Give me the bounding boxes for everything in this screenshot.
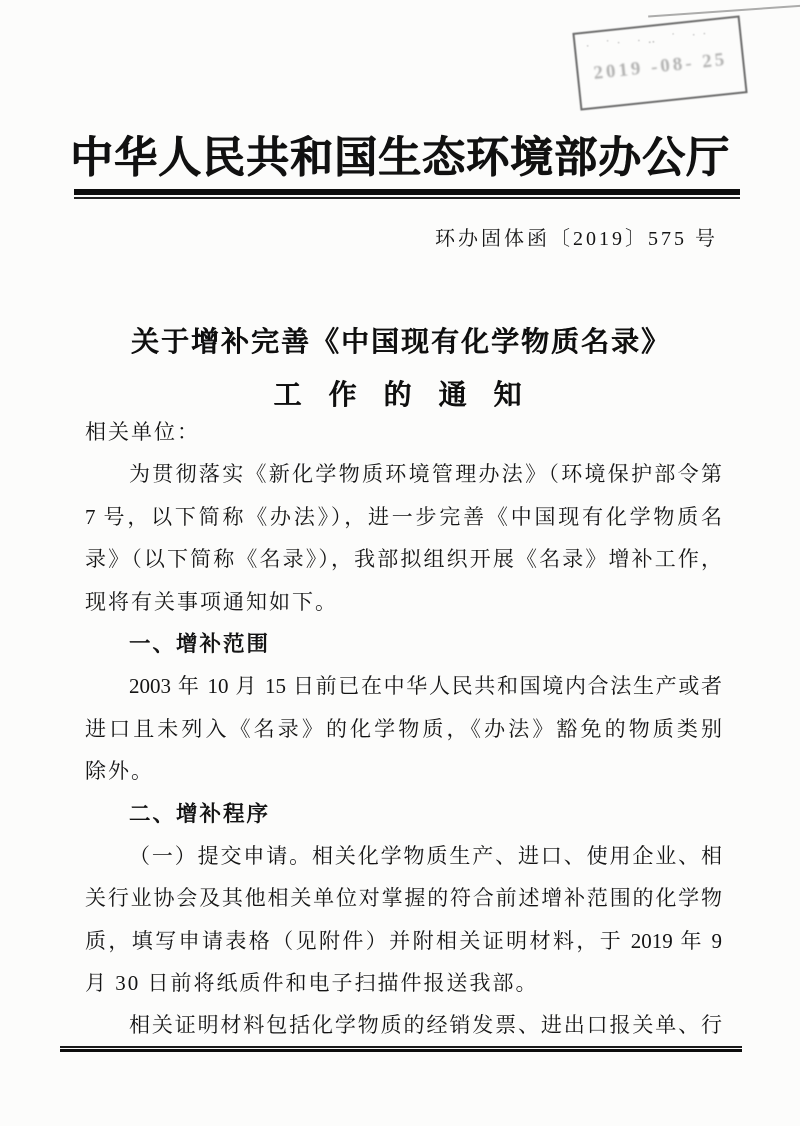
footer-rule-thin bbox=[60, 1046, 742, 1048]
notice-title: 关于增补完善《中国现有化学物质名录》 工 作 的 通 知 bbox=[60, 320, 742, 413]
scan-artifact-line bbox=[648, 4, 800, 17]
paragraph-line: 现将有关事项通知如下。 bbox=[85, 581, 722, 623]
paragraph-line: 月 30 日前将纸质件和电子扫描件报送我部。 bbox=[85, 962, 722, 1004]
paragraph-line: 进口且未列入《名录》的化学物质，《办法》豁免的物质类别 bbox=[85, 708, 722, 750]
notice-title-line2: 工 作 的 通 知 bbox=[60, 373, 742, 413]
date-received-stamp: · ˙· ·‥ ˙ ·· 2019 -08- 25 bbox=[572, 15, 747, 110]
footer-rule bbox=[60, 1046, 742, 1052]
header-rule bbox=[74, 189, 740, 195]
paragraph-line: 录》（以下简称《名录》），我部拟组织开展《名录》增补工作， bbox=[85, 538, 722, 580]
paragraph-line: 2003 年 10 月 15 日前已在中华人民共和国境内合法生产或者 bbox=[85, 665, 722, 707]
paragraph-line: （一）提交申请。相关化学物质生产、进口、使用企业、相 bbox=[85, 835, 722, 877]
stamp-text-faint: · ˙· ·‥ ˙ ·· bbox=[585, 24, 732, 52]
paragraph-line: 除外。 bbox=[85, 750, 722, 792]
salutation-line: 相关单位： bbox=[85, 411, 722, 453]
paragraph-line: 相关证明材料包括化学物质的经销发票、进出口报关单、行 bbox=[85, 1004, 722, 1046]
notice-title-line1: 关于增补完善《中国现有化学物质名录》 bbox=[60, 320, 742, 360]
paragraph-line: 为贯彻落实《新化学物质环境管理办法》（环境保护部令第 bbox=[85, 453, 722, 495]
header-rule-underline bbox=[74, 197, 740, 199]
scanned-document-page: · ˙· ·‥ ˙ ·· 2019 -08- 25 中华人民共和国生态环境部办公… bbox=[0, 0, 800, 1126]
document-body: 相关单位： 为贯彻落实《新化学物质环境管理办法》（环境保护部令第 7 号，以下简… bbox=[85, 411, 722, 1047]
document-number: 环办固体函〔2019〕575 号 bbox=[0, 222, 800, 252]
masthead-title: 中华人民共和国生态环境部办公厅 bbox=[0, 124, 800, 185]
footer-rule-thick bbox=[60, 1049, 742, 1052]
paragraph-line: 关行业协会及其他相关单位对掌握的符合前述增补范围的化学物 bbox=[85, 877, 722, 919]
paragraph-line: 7 号，以下简称《办法》），进一步完善《中国现有化学物质名 bbox=[85, 496, 722, 538]
stamp-date-text: 2019 -08- 25 bbox=[578, 47, 743, 86]
paragraph-line: 质，填写申请表格（见附件）并附相关证明材料，于 2019 年 9 bbox=[85, 920, 722, 962]
section-heading-1: 一、增补范围 bbox=[85, 623, 722, 665]
section-heading-2: 二、增补程序 bbox=[85, 793, 722, 835]
